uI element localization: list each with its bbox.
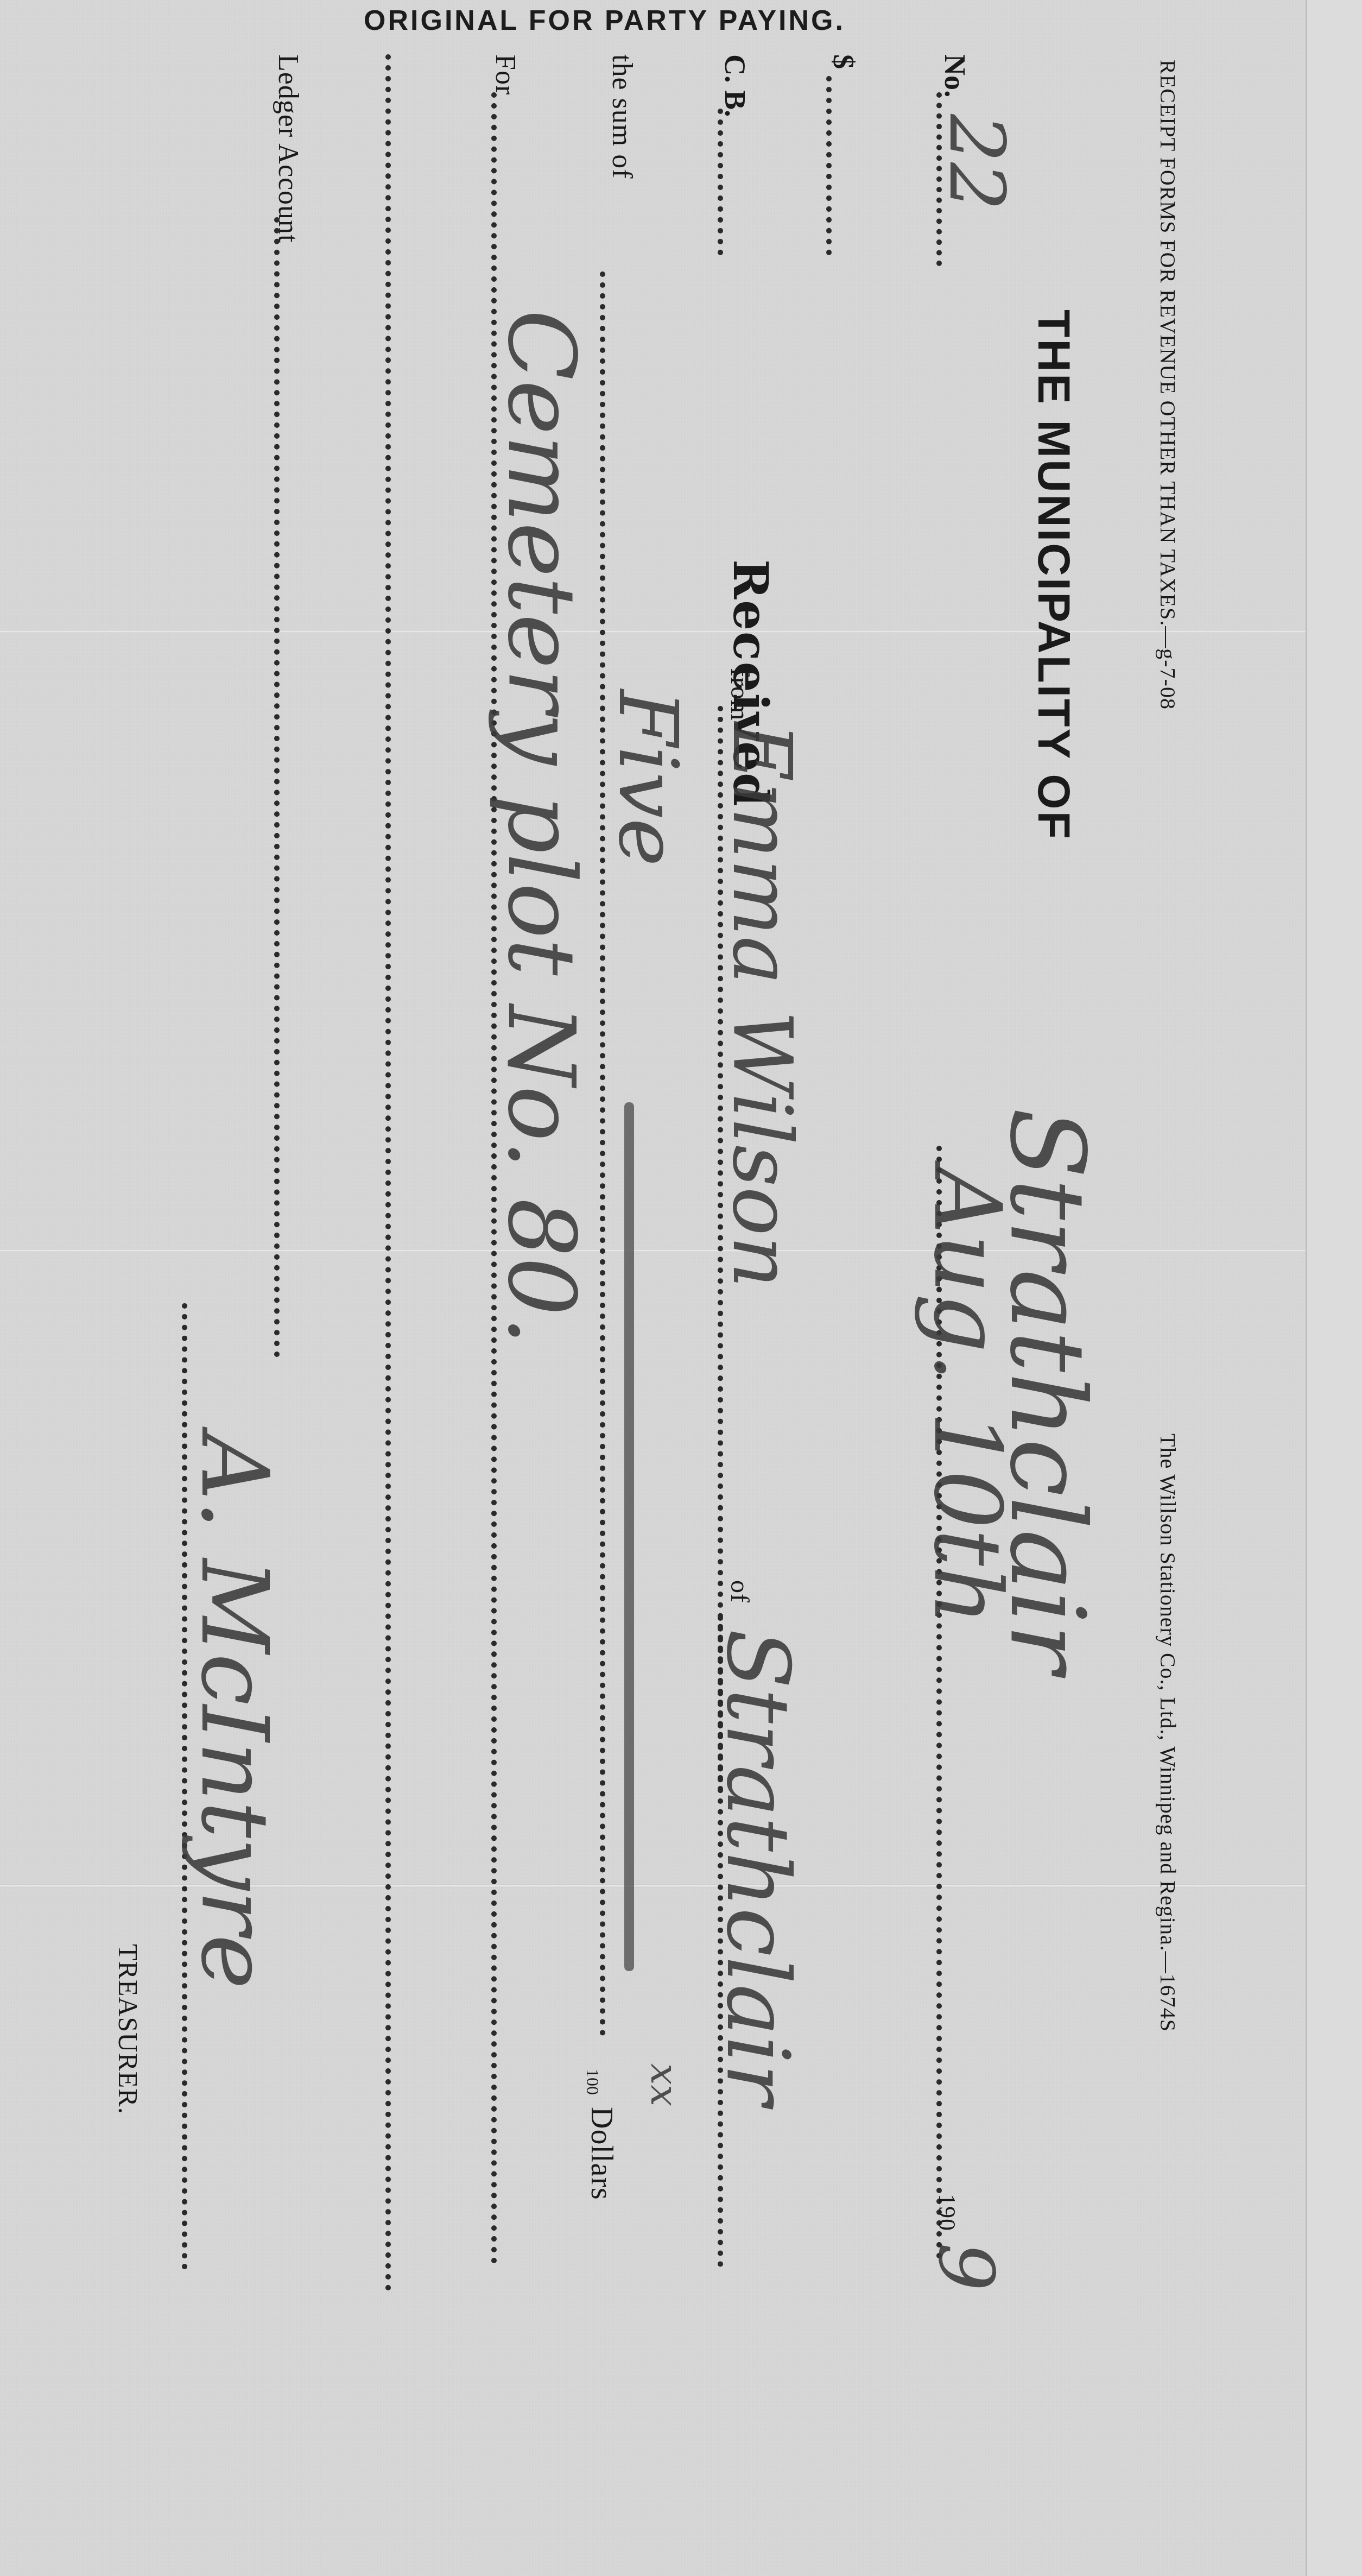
dollars-label: Dollars bbox=[584, 2107, 619, 2200]
treasurer-label: TREASURER. bbox=[112, 1944, 144, 2114]
of-label: of bbox=[725, 1580, 755, 1603]
receipt-paper: ORIGINAL FOR PARTY PAYING. RECEIPT FORMS… bbox=[0, 0, 1307, 2576]
number-label: No. bbox=[938, 54, 972, 98]
fold-line bbox=[0, 630, 1306, 633]
receipt-number[interactable]: 22 bbox=[932, 114, 1021, 211]
receipt-date[interactable]: Aug. 10th bbox=[913, 1167, 1021, 1625]
sum-label: the sum of bbox=[606, 54, 638, 179]
blank-field-line bbox=[385, 54, 391, 2291]
payer-location[interactable]: Strathclair bbox=[707, 1629, 809, 2105]
cb-label: C. B. bbox=[718, 54, 752, 117]
form-code: RECEIPT FORMS FOR REVENUE OTHER THAN TAX… bbox=[1155, 60, 1181, 710]
ledger-account-label: Ledger Account bbox=[272, 54, 304, 243]
cents-denominator: 100 bbox=[582, 2069, 603, 2095]
for-value[interactable]: Cemetery plot No. 80. bbox=[487, 310, 594, 1345]
sum-words[interactable]: Five bbox=[600, 690, 695, 867]
municipality-title: THE MUNICIPALITY OF bbox=[1028, 310, 1080, 841]
sum-strike-line bbox=[624, 1102, 634, 1971]
fold-line bbox=[0, 1249, 1306, 1252]
payer-name[interactable]: Emma Wilson bbox=[714, 722, 809, 1288]
for-label: For bbox=[489, 54, 521, 95]
dollar-label: $ bbox=[827, 54, 860, 69]
original-for-party-paying: ORIGINAL FOR PARTY PAYING. bbox=[364, 4, 845, 37]
cb-field-line bbox=[718, 109, 723, 255]
sum-field-line bbox=[600, 272, 605, 2036]
from-label: from bbox=[725, 668, 755, 721]
ledger-field-line bbox=[274, 217, 280, 1358]
year-prefix: 190 bbox=[933, 2194, 961, 2231]
cents-value[interactable]: xx bbox=[642, 2063, 687, 2106]
dollar-field-line bbox=[826, 76, 832, 255]
year-suffix[interactable]: 9 bbox=[921, 2243, 1010, 2291]
treasurer-signature[interactable]: A. McIntyre bbox=[180, 1434, 288, 1989]
printer-imprint: The Willson Stationery Co., Ltd., Winnip… bbox=[1155, 1434, 1181, 2032]
